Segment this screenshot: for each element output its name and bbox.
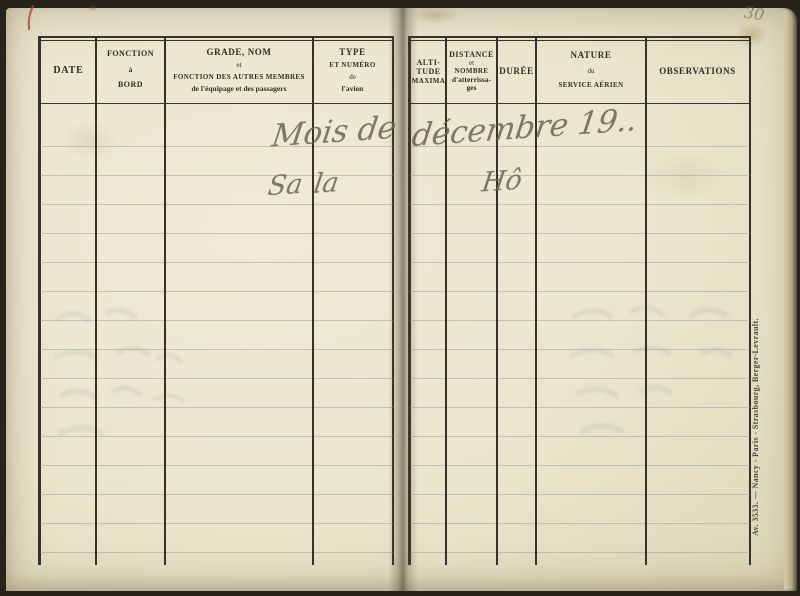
column-header-fonction: FONCTION à BORD <box>96 38 165 103</box>
column-divider <box>164 38 166 565</box>
header-label: NATURE <box>571 50 612 61</box>
header-label: OBSERVATIONS <box>659 66 736 77</box>
column-header-type-avion: TYPE ET NUMÉRO de l'avion <box>313 38 392 103</box>
header-label: FONCTION <box>107 49 154 59</box>
column-header-distance: DISTANCE et NOMBRE d'atterrissa- ges <box>446 38 497 103</box>
column-header-duree: DURÉE <box>497 38 536 103</box>
handwriting-word: la <box>312 167 341 200</box>
header-separator <box>411 103 749 104</box>
header-label: MAXIMA <box>412 77 446 85</box>
header-separator <box>41 103 392 104</box>
column-header-nature: NATURE du SERVICE AÉRIEN <box>536 38 646 103</box>
header-label: FONCTION DES AUTRES MEMBRES <box>173 73 305 81</box>
ruled-lines-right <box>410 146 750 553</box>
header-label: DURÉE <box>499 66 534 77</box>
header-label: BORD <box>118 80 143 90</box>
column-header-altitude: ALTI- TUDE MAXIMA <box>411 38 446 103</box>
printer-imprint: Av. 3533. — Nancy - Paris - Strasbourg, … <box>751 284 765 536</box>
header-label: SERVICE AÉRIEN <box>558 81 623 90</box>
handwritten-page-number: 30 <box>743 3 766 25</box>
handwriting-word: Sa <box>266 169 305 203</box>
column-header-observations: OBSERVATIONS <box>646 38 749 103</box>
column-header-date: DATE <box>41 38 96 103</box>
column-divider <box>645 38 647 565</box>
header-label: l'avion <box>342 85 364 94</box>
header-label: de l'équipage et des passagers <box>191 85 286 94</box>
header-label: TUDE <box>416 67 440 76</box>
header-label: ges <box>467 84 477 93</box>
header-label: GRADE, NOM <box>207 47 272 57</box>
handwriting-word: Hô <box>480 164 524 198</box>
header-label: ALTI- <box>417 58 441 67</box>
header-label: DATE <box>53 65 83 78</box>
red-smudge <box>88 5 98 11</box>
page-stack-edge <box>784 8 797 591</box>
ruled-lines-left <box>40 146 393 553</box>
header-label: à <box>129 65 133 74</box>
header-label: de <box>349 73 356 81</box>
header-label: ET NUMÉRO <box>329 61 375 69</box>
header-label: et <box>236 61 241 69</box>
column-divider <box>95 38 97 565</box>
header-label: du <box>588 67 595 76</box>
header-label: et <box>469 59 474 67</box>
column-header-grade-nom: GRADE, NOM et FONCTION DES AUTRES MEMBRE… <box>165 38 313 103</box>
logbook-photo: DATE FONCTION à BORD GRADE, NOM et FONCT… <box>0 0 800 596</box>
red-pen-mark <box>24 4 38 32</box>
header-label: TYPE <box>339 47 365 57</box>
header-label: DISTANCE <box>449 50 494 59</box>
